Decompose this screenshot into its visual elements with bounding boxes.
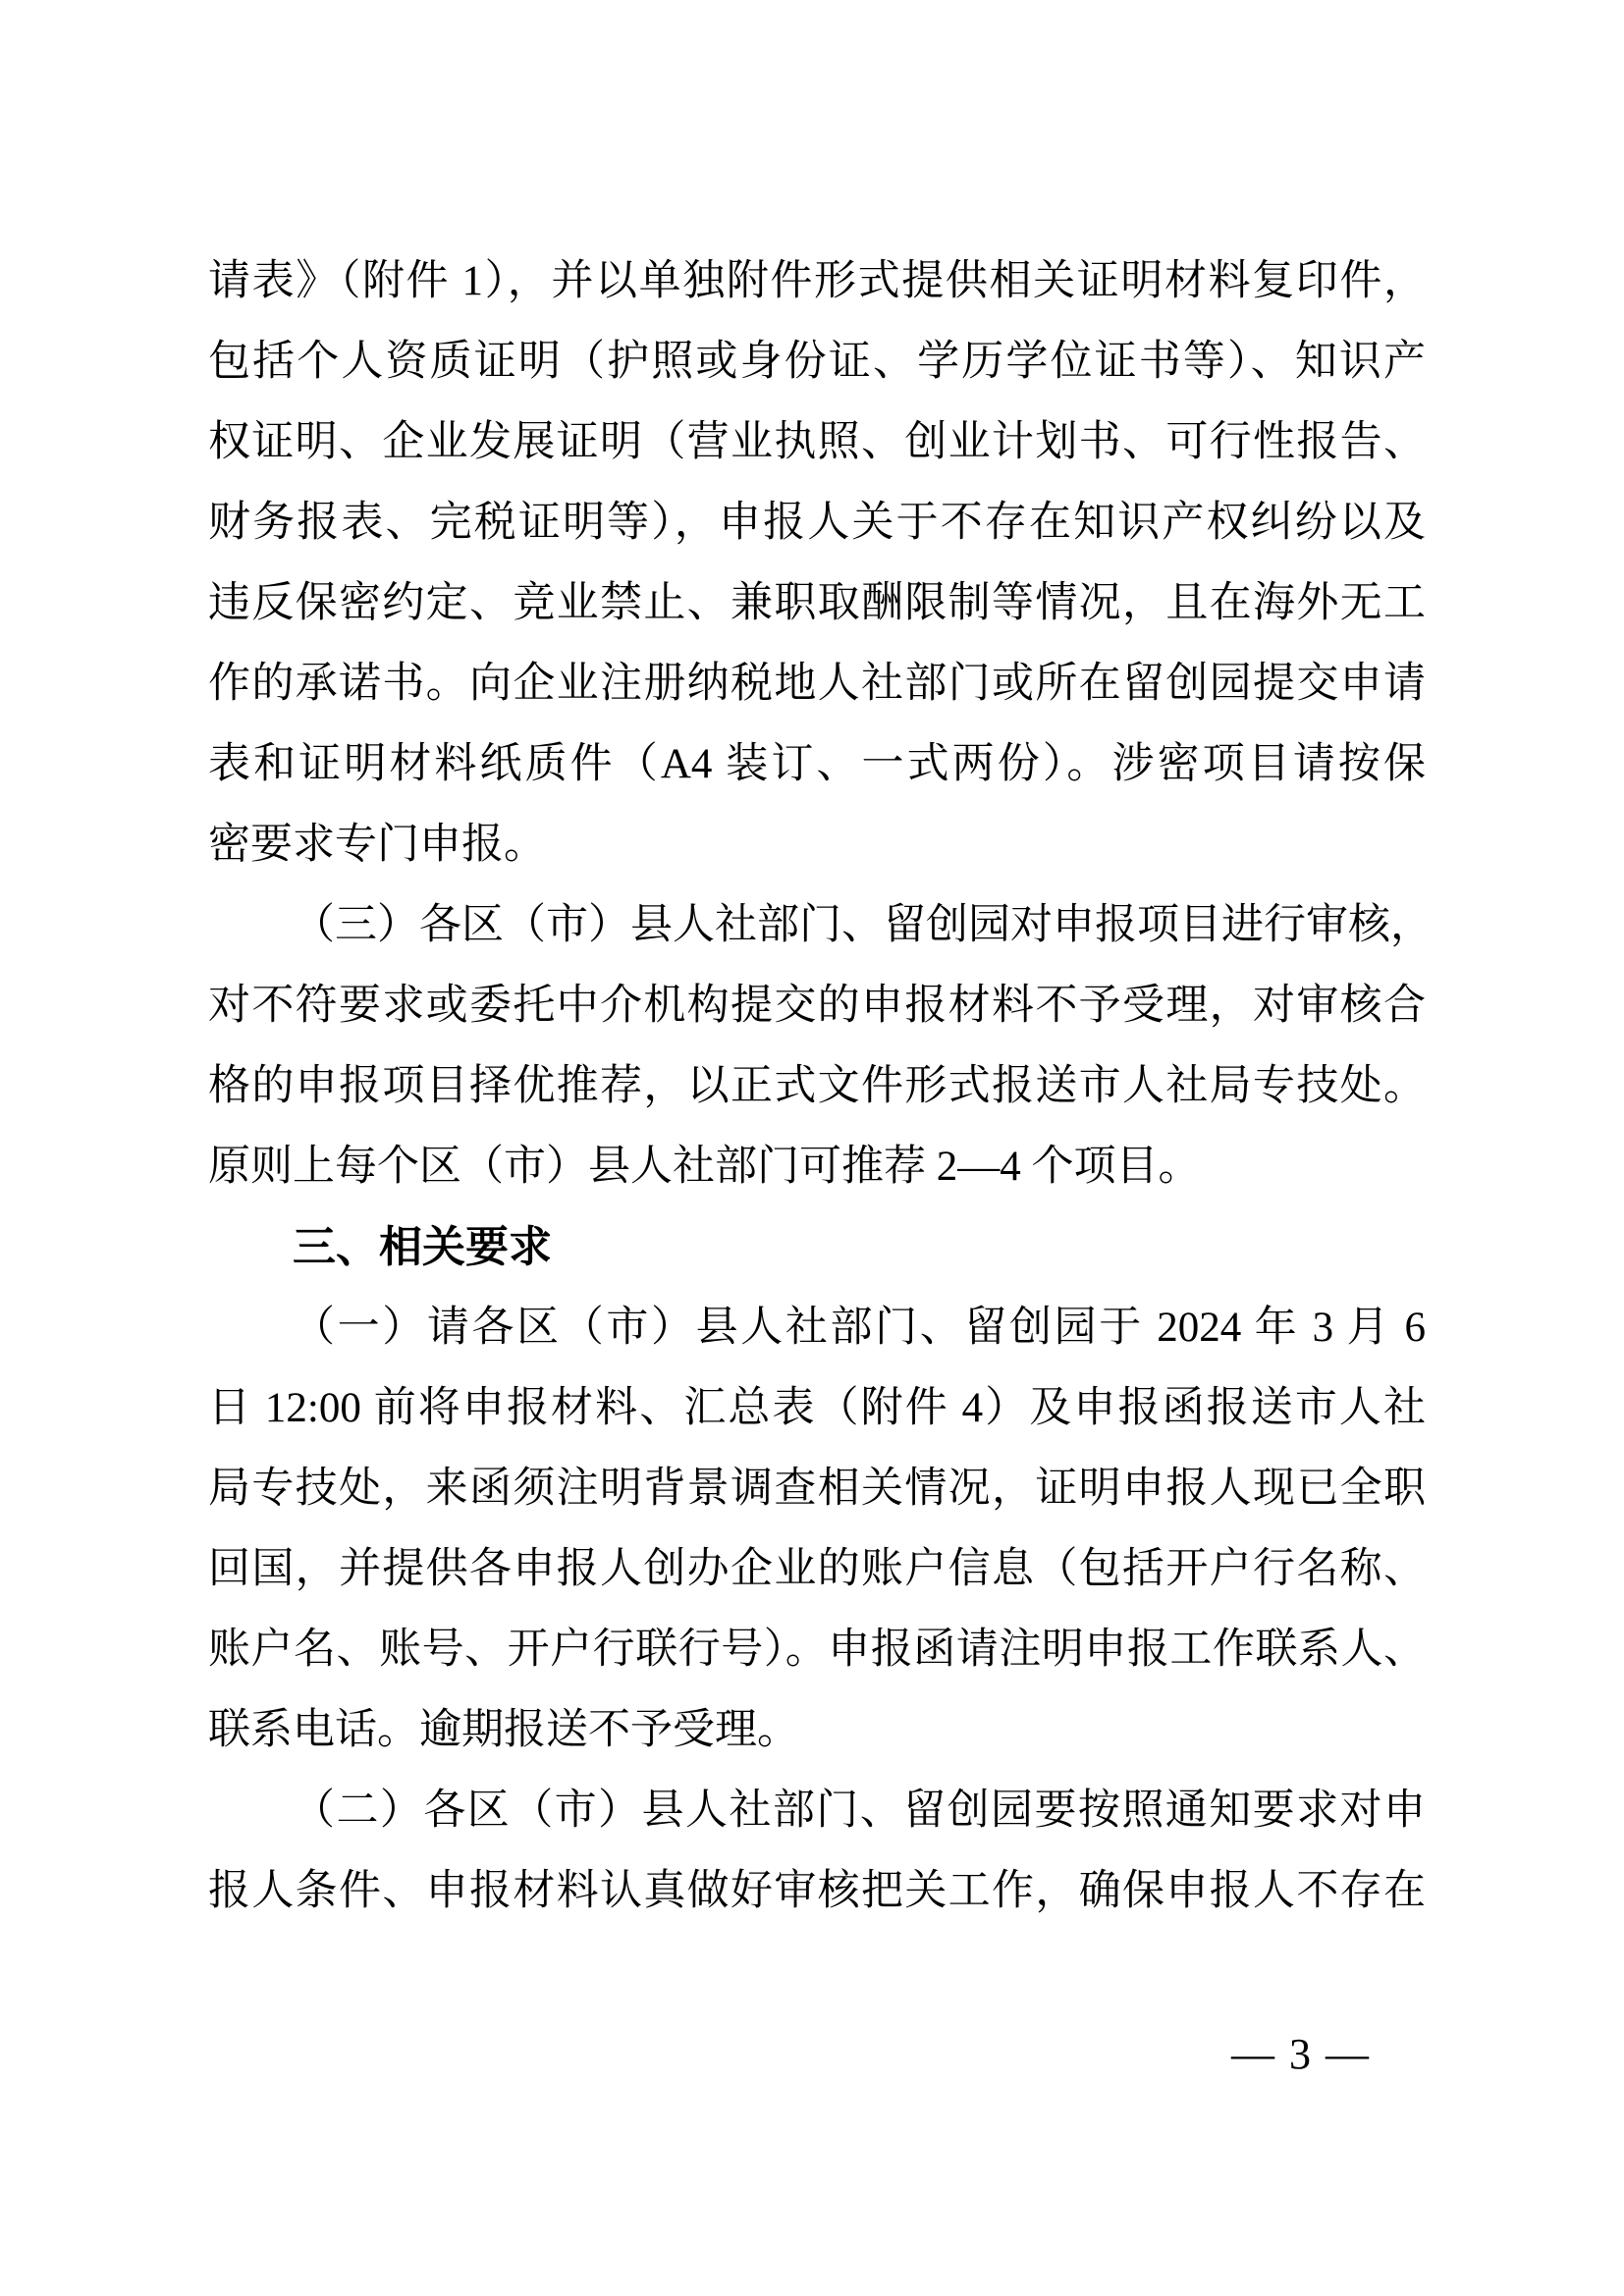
text-line: 格的申报项目择优推荐，以正式文件形式报送市人社局专技处。	[208, 1046, 1426, 1127]
text-line: 原则上每个区（市）县人社部门可推荐 2—4 个项目。	[208, 1127, 1426, 1207]
text-line: 账户名、账号、开户行联行号）。申报函请注明申报工作联系人、	[208, 1610, 1426, 1690]
text-line: 密要求专门申报。	[208, 805, 1426, 885]
text-line: 日 12:00 前将申报材料、汇总表（附件 4）及申报函报送市人社	[208, 1368, 1426, 1449]
text-line: 局专技处，来函须注明背景调查相关情况，证明申报人现已全职	[208, 1449, 1426, 1529]
text-line: 作的承诺书。向企业注册纳税地人社部门或所在留创园提交申请	[208, 644, 1426, 724]
document-body: 请表》（附件 1），并以单独附件形式提供相关证明材料复印件， 包括个人资质证明（…	[208, 241, 1426, 1932]
text-line: （一）请各区（市）县人社部门、留创园于 2024 年 3 月 6	[208, 1288, 1426, 1368]
text-line: 表和证明材料纸质件（A4 装订、一式两份）。涉密项目请按保	[208, 724, 1426, 805]
text-line: 联系电话。逾期报送不予受理。	[208, 1690, 1426, 1771]
text-line: （三）各区（市）县人社部门、留创园对申报项目进行审核，	[208, 885, 1426, 966]
text-line: 请表》（附件 1），并以单独附件形式提供相关证明材料复印件，	[208, 241, 1426, 322]
text-line: 权证明、企业发展证明（营业执照、创业计划书、可行性报告、	[208, 402, 1426, 483]
page-number: — 3 —	[1231, 2014, 1371, 2095]
text-line: 财务报表、完税证明等），申报人关于不存在知识产权纠纷以及	[208, 483, 1426, 563]
text-line: 违反保密约定、竞业禁止、兼职取酬限制等情况，且在海外无工	[208, 563, 1426, 644]
text-line: （二）各区（市）县人社部门、留创园要按照通知要求对申	[208, 1771, 1426, 1851]
text-line: 包括个人资质证明（护照或身份证、学历学位证书等）、知识产	[208, 322, 1426, 402]
section-heading: 三、相关要求	[208, 1207, 1426, 1288]
text-line: 报人条件、申报材料认真做好审核把关工作，确保申报人不存在	[208, 1851, 1426, 1932]
text-line: 回国，并提供各申报人创办企业的账户信息（包括开户行名称、	[208, 1529, 1426, 1610]
text-line: 对不符要求或委托中介机构提交的申报材料不予受理，对审核合	[208, 966, 1426, 1046]
